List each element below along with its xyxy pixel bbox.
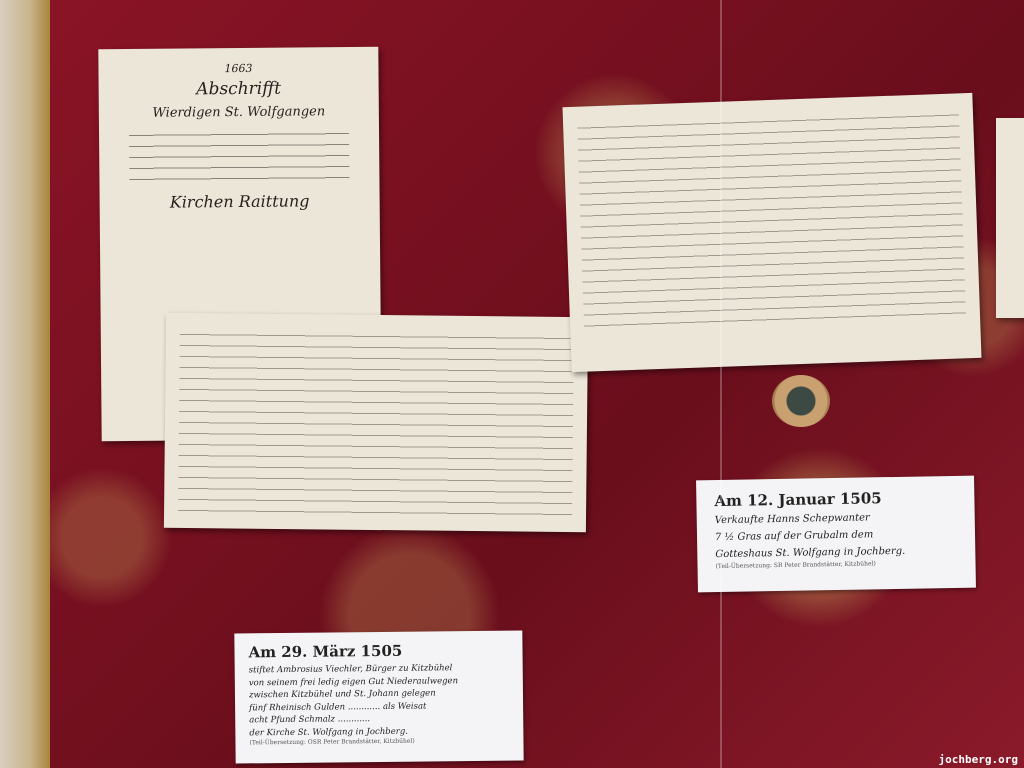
label-title: Am 29. März 1505 [248,641,508,662]
booklet-subheading: Wierdigen St. Wolfgangen [99,104,379,121]
glass-reflection [720,0,722,768]
wax-seal [772,375,830,427]
label-title: Am 12. Januar 1505 [714,488,956,510]
watermark: jochberg.org [939,753,1018,766]
booklet-title: Kirchen Raittung [100,191,380,212]
booklet-heading: Abschrifft [99,78,379,100]
display-case-frame [0,0,50,768]
booklet-year: 1663 [98,61,378,76]
label-card-march-1505: Am 29. März 1505 stiftet Ambrosius Viech… [234,630,523,763]
label-card-january-1505: Am 12. Januar 1505 Verkaufte Hanns Schep… [696,476,976,593]
sealed-charter-document [563,93,982,372]
partial-document-right-edge [996,118,1024,318]
folded-charter-document [164,313,588,532]
label-credit: (Teil-Übersetzung: OSR Peter Brandstätte… [249,737,509,747]
